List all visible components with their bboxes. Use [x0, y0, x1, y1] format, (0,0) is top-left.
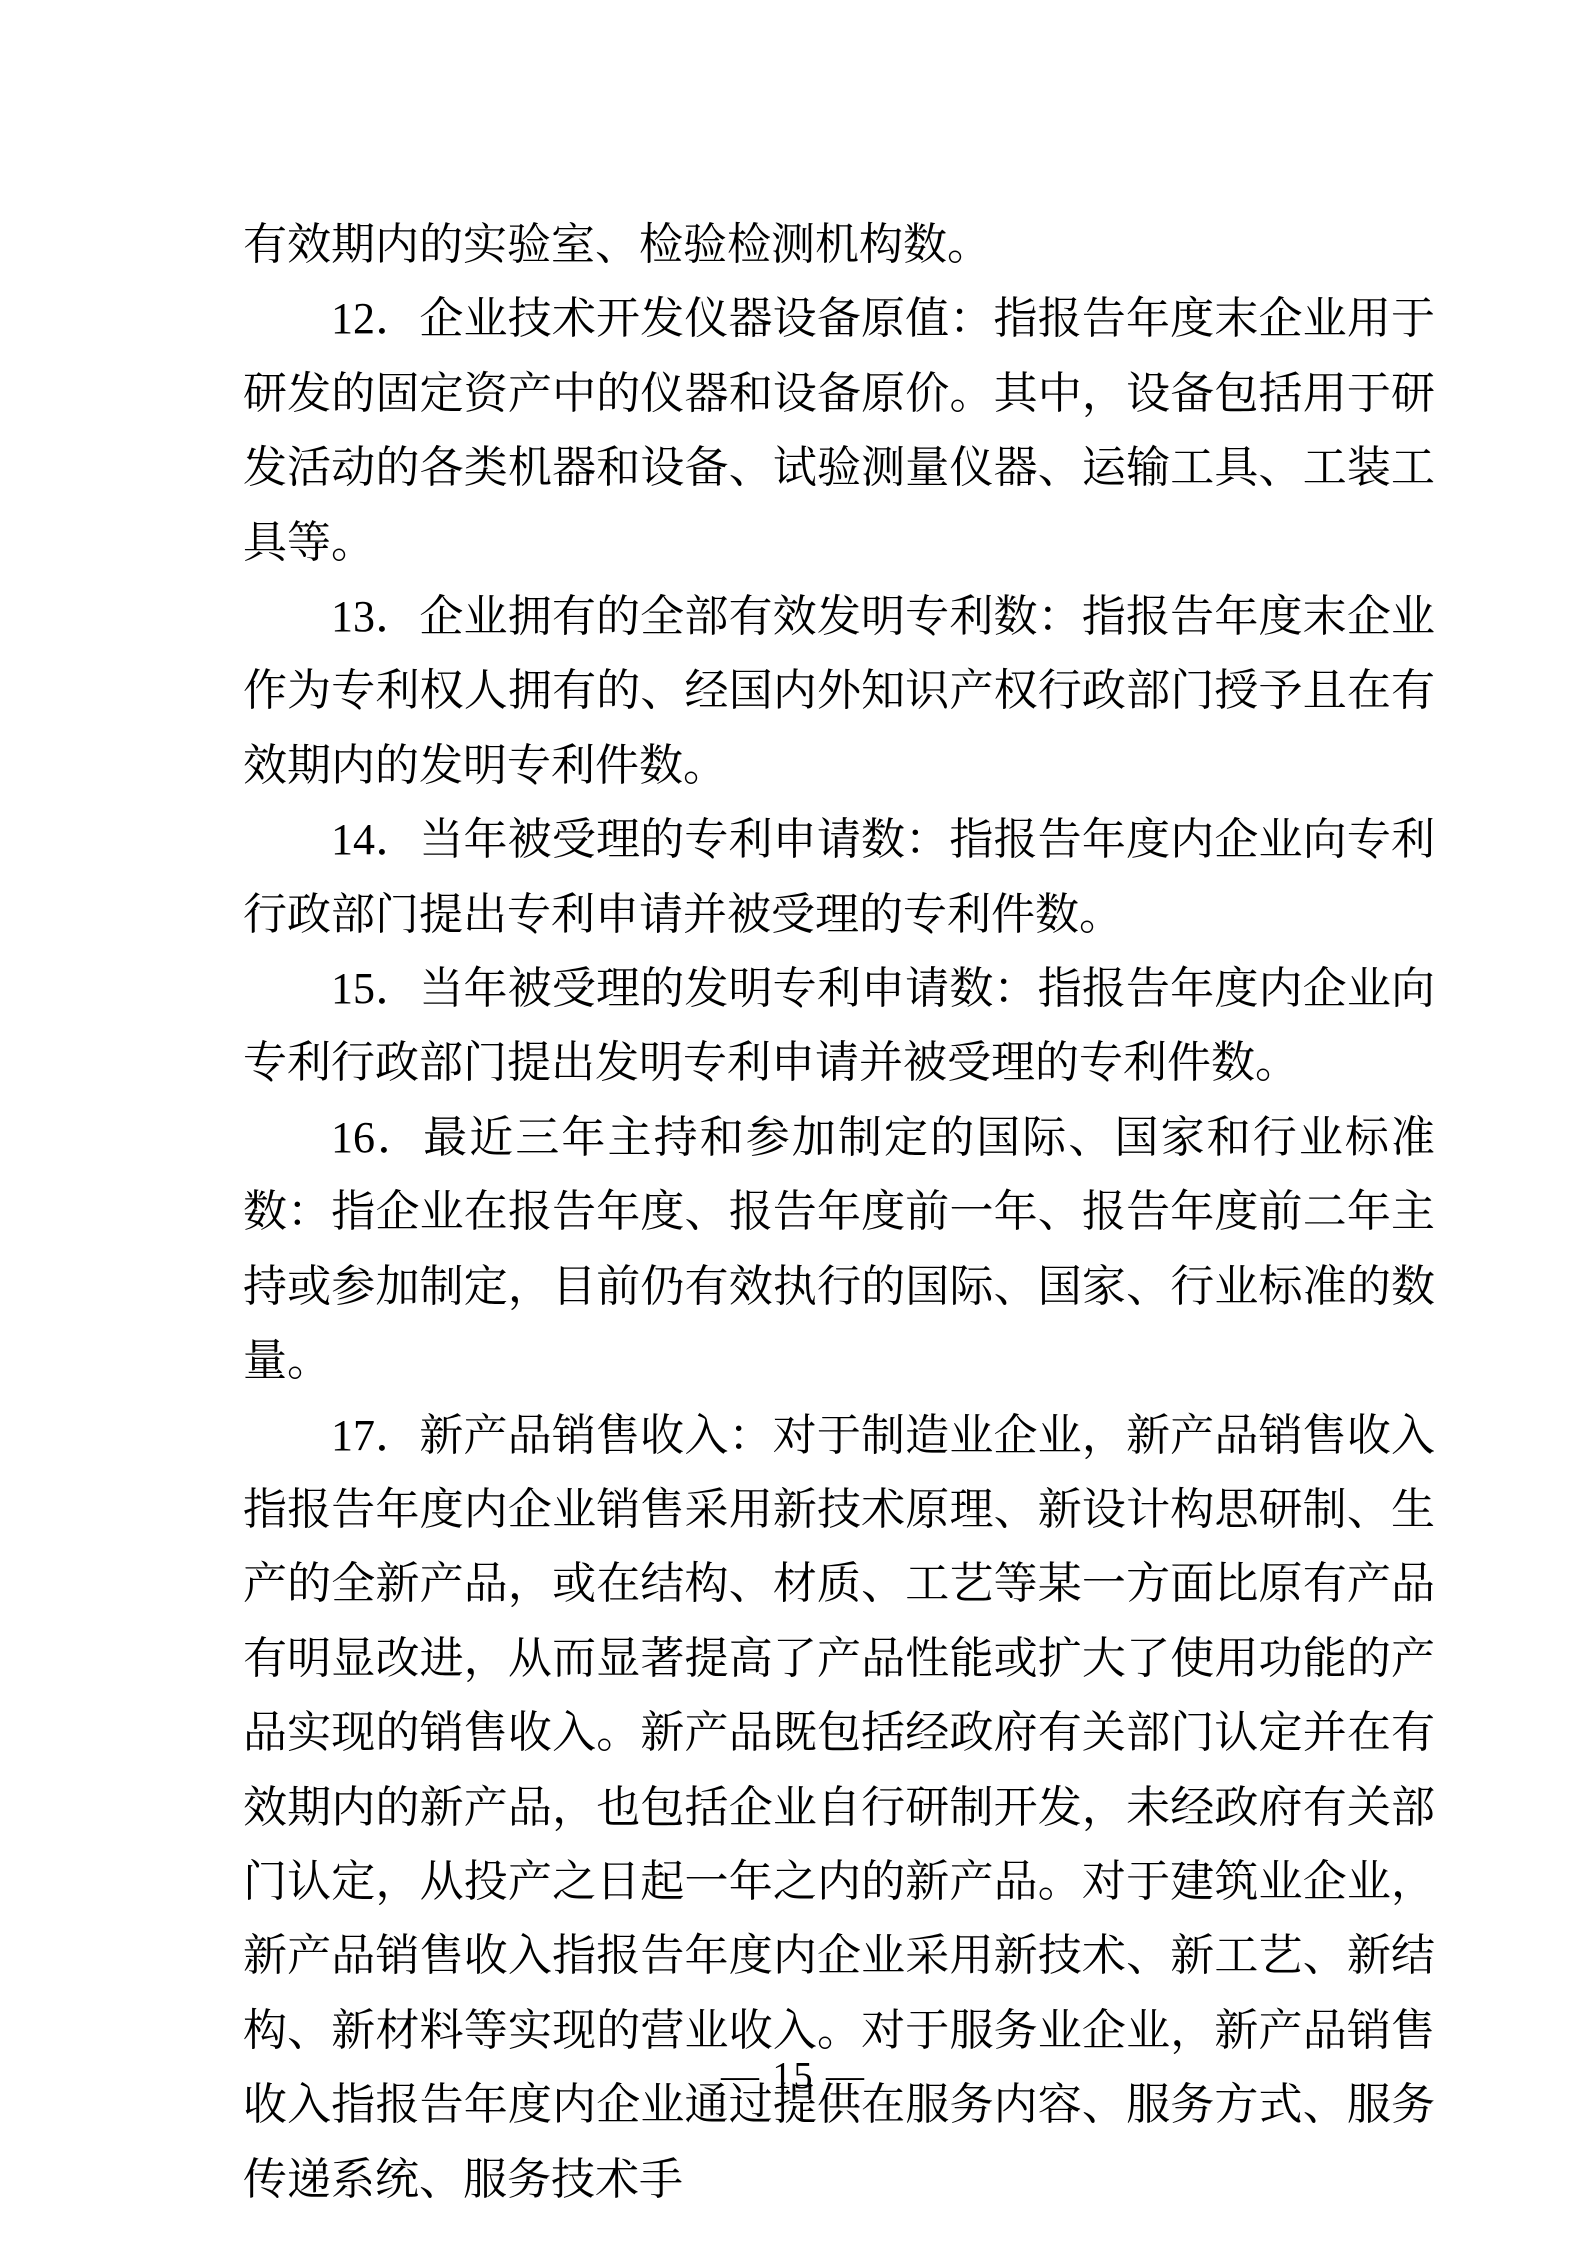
paragraph-item-16: 16．最近三年主持和参加制定的国际、国家和行业标准数：指企业在报告年度、报告年度…	[243, 1101, 1435, 1399]
paragraph-11-continuation: 有效期内的实验室、检验检测机构数。	[243, 208, 1435, 282]
paragraph-item-12: 12．企业技术开发仪器设备原值：指报告年度末企业用于研发的固定资产中的仪器和设备…	[243, 282, 1435, 580]
paragraph-item-13: 13．企业拥有的全部有效发明专利数：指报告年度末企业作为专利权人拥有的、经国内外…	[243, 580, 1435, 803]
document-page: 有效期内的实验室、检验检测机构数。 12．企业技术开发仪器设备原值：指报告年度末…	[0, 0, 1587, 2245]
paragraph-item-15: 15．当年被受理的发明专利申请数：指报告年度内企业向专利行政部门提出发明专利申请…	[243, 952, 1435, 1101]
paragraph-item-14: 14．当年被受理的专利申请数：指报告年度内企业向专利行政部门提出专利申请并被受理…	[243, 803, 1435, 952]
document-body-text: 有效期内的实验室、检验检测机构数。 12．企业技术开发仪器设备原值：指报告年度末…	[243, 208, 1435, 2217]
footer-page-number: — 15 —	[0, 2052, 1587, 2100]
